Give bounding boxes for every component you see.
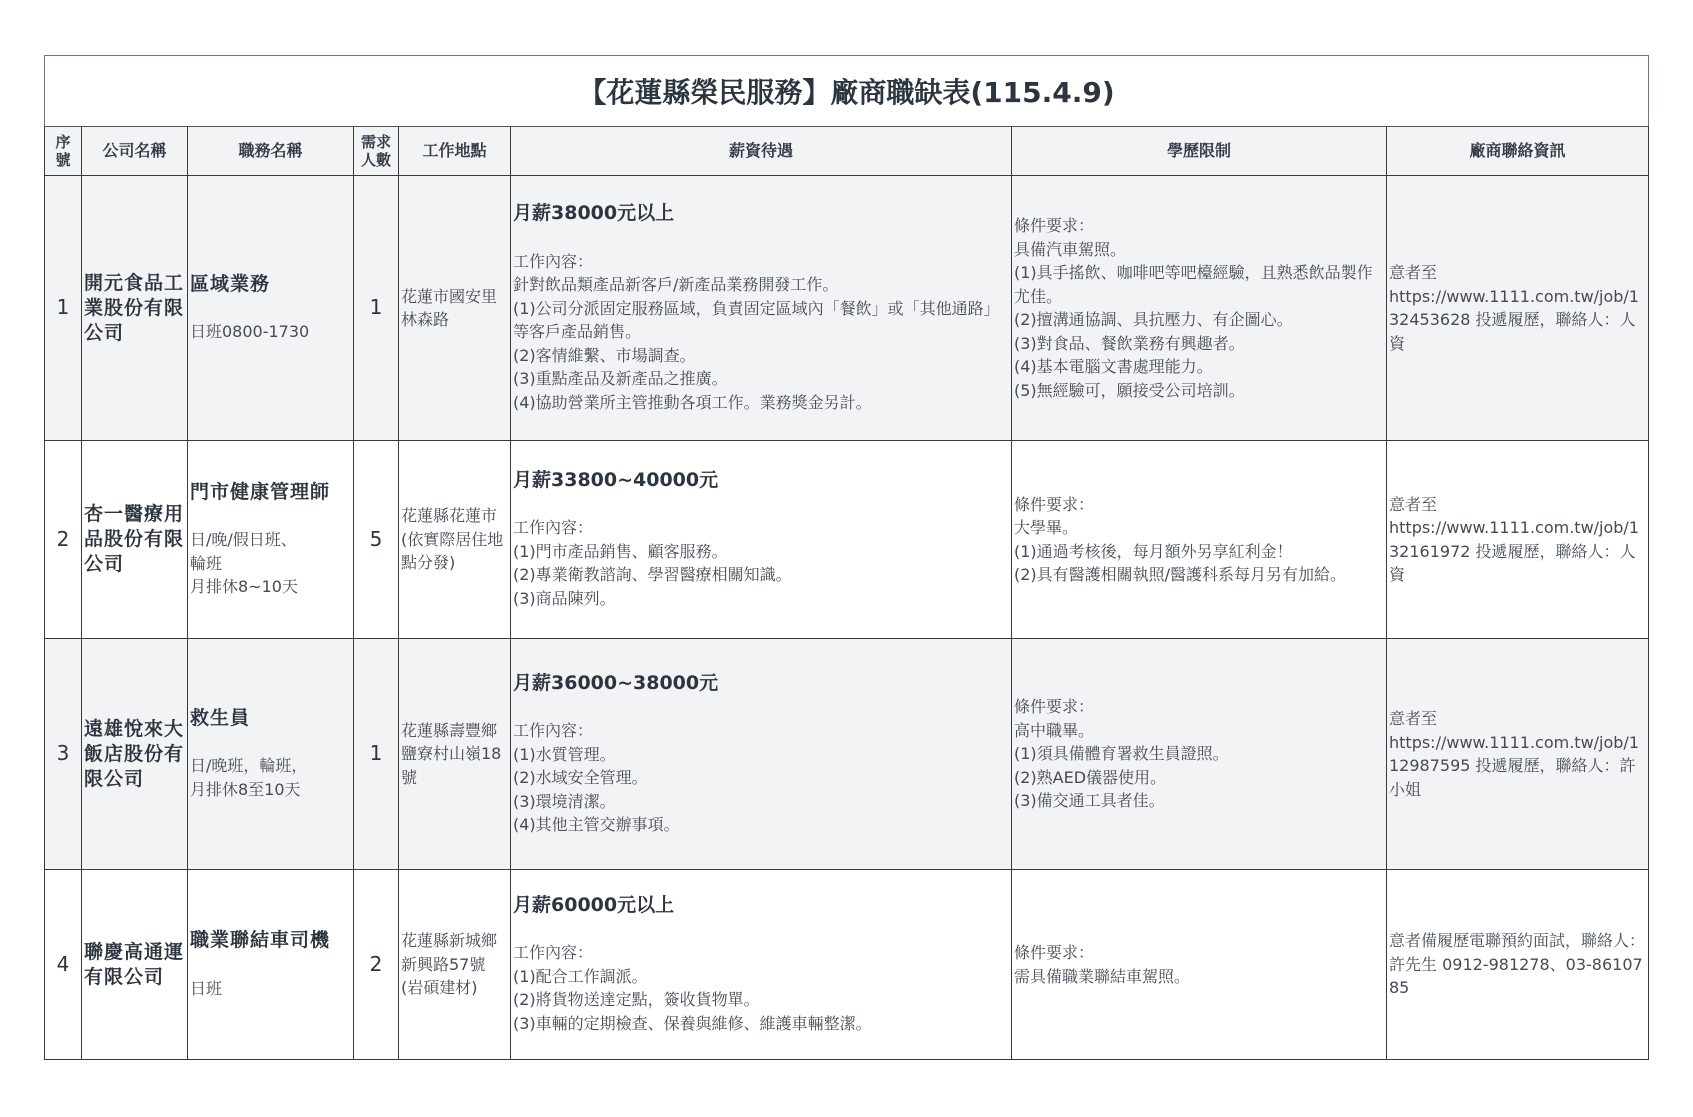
company-name: 開元食品工業股份有限公司 bbox=[82, 176, 188, 441]
requirements: 條件要求： 需具備職業聯結車駕照。 bbox=[1014, 941, 1384, 988]
header-seq: 序 號 bbox=[45, 127, 82, 176]
company-name: 杏一醫療用品股份有限公司 bbox=[82, 441, 188, 639]
job-title: 區域業務 bbox=[190, 273, 351, 297]
headcount: 5 bbox=[354, 441, 399, 639]
headcount: 2 bbox=[354, 870, 399, 1060]
header-count: 需求 人數 bbox=[354, 127, 399, 176]
contact-cell: 意者至 https://www.1111.com.tw/job/13245362… bbox=[1387, 176, 1649, 441]
title-row: 【花蓮縣榮民服務】廠商職缺表(115.4.9) bbox=[45, 56, 1649, 127]
requirements-cell: 條件要求： 大學畢。 (1)通過考核後，每月額外另享紅利金！ (2)具有醫護相關… bbox=[1012, 441, 1387, 639]
header-location: 工作地點 bbox=[399, 127, 511, 176]
header-contact: 廠商聯絡資訊 bbox=[1387, 127, 1649, 176]
job-title: 職業聯結車司機 bbox=[190, 929, 351, 953]
job-vacancy-table: 【花蓮縣榮民服務】廠商職缺表(115.4.9) 序 號 公司名稱 職務名稱 需求… bbox=[44, 55, 1649, 1060]
job-vacancy-sheet: 【花蓮縣榮民服務】廠商職缺表(115.4.9) 序 號 公司名稱 職務名稱 需求… bbox=[44, 55, 1648, 1060]
row-seq: 4 bbox=[45, 870, 82, 1060]
salary-cell: 月薪60000元以上 工作內容： (1)配合工作調派。 (2)將貨物送達定點，簽… bbox=[511, 870, 1012, 1060]
job-cell: 門市健康管理師 日/晚/假日班、 輪班 月排休8~10天 bbox=[188, 441, 354, 639]
requirements: 條件要求： 大學畢。 (1)通過考核後，每月額外另享紅利金！ (2)具有醫護相關… bbox=[1014, 493, 1384, 587]
salary: 月薪38000元以上 bbox=[513, 202, 1009, 226]
header-row: 序 號 公司名稱 職務名稱 需求 人數 工作地點 薪資待遇 學歷限制 廠商聯絡資… bbox=[45, 127, 1649, 176]
requirements: 條件要求： 具備汽車駕照。 (1)具手搖飲、咖啡吧等吧檯經驗，且熟悉飲品製作尤佳… bbox=[1014, 214, 1384, 402]
job-duties: 工作內容： (1)水質管理。 (2)水域安全管理。 (3)環境清潔。 (4)其他… bbox=[513, 719, 1009, 837]
headcount: 1 bbox=[354, 639, 399, 870]
job-cell: 救生員 日/晚班，輪班， 月排休8至10天 bbox=[188, 639, 354, 870]
salary: 月薪33800~40000元 bbox=[513, 469, 1009, 493]
work-location: 花蓮縣花蓮市 (依實際居住地點分發) bbox=[399, 441, 511, 639]
salary: 月薪60000元以上 bbox=[513, 894, 1009, 918]
job-duties: 工作內容： (1)配合工作調派。 (2)將貨物送達定點，簽收貨物單。 (3)車輛… bbox=[513, 941, 1009, 1035]
job-duties: 工作內容： 針對飲品類產品新客戶/新產品業務開發工作。 (1)公司分派固定服務區… bbox=[513, 250, 1009, 415]
salary: 月薪36000~38000元 bbox=[513, 672, 1009, 696]
headcount: 1 bbox=[354, 176, 399, 441]
requirements-cell: 條件要求： 需具備職業聯結車駕照。 bbox=[1012, 870, 1387, 1060]
header-job: 職務名稱 bbox=[188, 127, 354, 176]
contact-cell: 意者備履歷電聯預約面試，聯絡人：許先生 0912-981278、03-86107… bbox=[1387, 870, 1649, 1060]
header-education: 學歷限制 bbox=[1012, 127, 1387, 176]
job-shift: 日/晚班，輪班， 月排休8至10天 bbox=[190, 754, 351, 801]
salary-cell: 月薪33800~40000元 工作內容： (1)門市產品銷售、顧客服務。 (2)… bbox=[511, 441, 1012, 639]
job-shift: 日/晚/假日班、 輪班 月排休8~10天 bbox=[190, 528, 351, 599]
salary-cell: 月薪36000~38000元 工作內容： (1)水質管理。 (2)水域安全管理。… bbox=[511, 639, 1012, 870]
contact-info: 意者備履歷電聯預約面試，聯絡人：許先生 0912-981278、03-86107… bbox=[1389, 929, 1646, 1000]
contact-info[interactable]: 意者至 https://www.1111.com.tw/job/11298759… bbox=[1389, 707, 1646, 801]
job-cell: 區域業務 日班0800-1730 bbox=[188, 176, 354, 441]
work-location: 花蓮縣壽豐鄉鹽寮村山嶺18號 bbox=[399, 639, 511, 870]
row-seq: 2 bbox=[45, 441, 82, 639]
work-location: 花蓮縣新城鄉新興路57號 (岩碩建材) bbox=[399, 870, 511, 1060]
job-duties: 工作內容： (1)門市產品銷售、顧客服務。 (2)專業衛教諮詢、學習醫療相關知識… bbox=[513, 516, 1009, 610]
header-company: 公司名稱 bbox=[82, 127, 188, 176]
job-title: 救生員 bbox=[190, 707, 351, 731]
row-seq: 1 bbox=[45, 176, 82, 441]
contact-cell: 意者至 https://www.1111.com.tw/job/11298759… bbox=[1387, 639, 1649, 870]
requirements: 條件要求： 高中職畢。 (1)須具備體育署救生員證照。 (2)熟AED儀器使用。… bbox=[1014, 695, 1384, 813]
row-seq: 3 bbox=[45, 639, 82, 870]
requirements-cell: 條件要求： 具備汽車駕照。 (1)具手搖飲、咖啡吧等吧檯經驗，且熟悉飲品製作尤佳… bbox=[1012, 176, 1387, 441]
contact-info[interactable]: 意者至 https://www.1111.com.tw/job/13216197… bbox=[1389, 493, 1646, 587]
table-row: 4 聯慶高通運有限公司 職業聯結車司機 日班 2 花蓮縣新城鄉新興路57號 (岩… bbox=[45, 870, 1649, 1060]
table-row: 3 遠雄悅來大飯店股份有限公司 救生員 日/晚班，輪班， 月排休8至10天 1 … bbox=[45, 639, 1649, 870]
job-title: 門市健康管理師 bbox=[190, 481, 351, 505]
company-name: 聯慶高通運有限公司 bbox=[82, 870, 188, 1060]
contact-cell: 意者至 https://www.1111.com.tw/job/13216197… bbox=[1387, 441, 1649, 639]
table-row: 2 杏一醫療用品股份有限公司 門市健康管理師 日/晚/假日班、 輪班 月排休8~… bbox=[45, 441, 1649, 639]
table-row: 1 開元食品工業股份有限公司 區域業務 日班0800-1730 1 花蓮市國安里… bbox=[45, 176, 1649, 441]
company-name: 遠雄悅來大飯店股份有限公司 bbox=[82, 639, 188, 870]
work-location: 花蓮市國安里林森路 bbox=[399, 176, 511, 441]
header-salary: 薪資待遇 bbox=[511, 127, 1012, 176]
job-shift: 日班0800-1730 bbox=[190, 320, 351, 344]
job-cell: 職業聯結車司機 日班 bbox=[188, 870, 354, 1060]
requirements-cell: 條件要求： 高中職畢。 (1)須具備體育署救生員證照。 (2)熟AED儀器使用。… bbox=[1012, 639, 1387, 870]
contact-info[interactable]: 意者至 https://www.1111.com.tw/job/13245362… bbox=[1389, 261, 1646, 355]
salary-cell: 月薪38000元以上 工作內容： 針對飲品類產品新客戶/新產品業務開發工作。 (… bbox=[511, 176, 1012, 441]
job-shift: 日班 bbox=[190, 977, 351, 1001]
page-title: 【花蓮縣榮民服務】廠商職缺表(115.4.9) bbox=[45, 56, 1649, 127]
